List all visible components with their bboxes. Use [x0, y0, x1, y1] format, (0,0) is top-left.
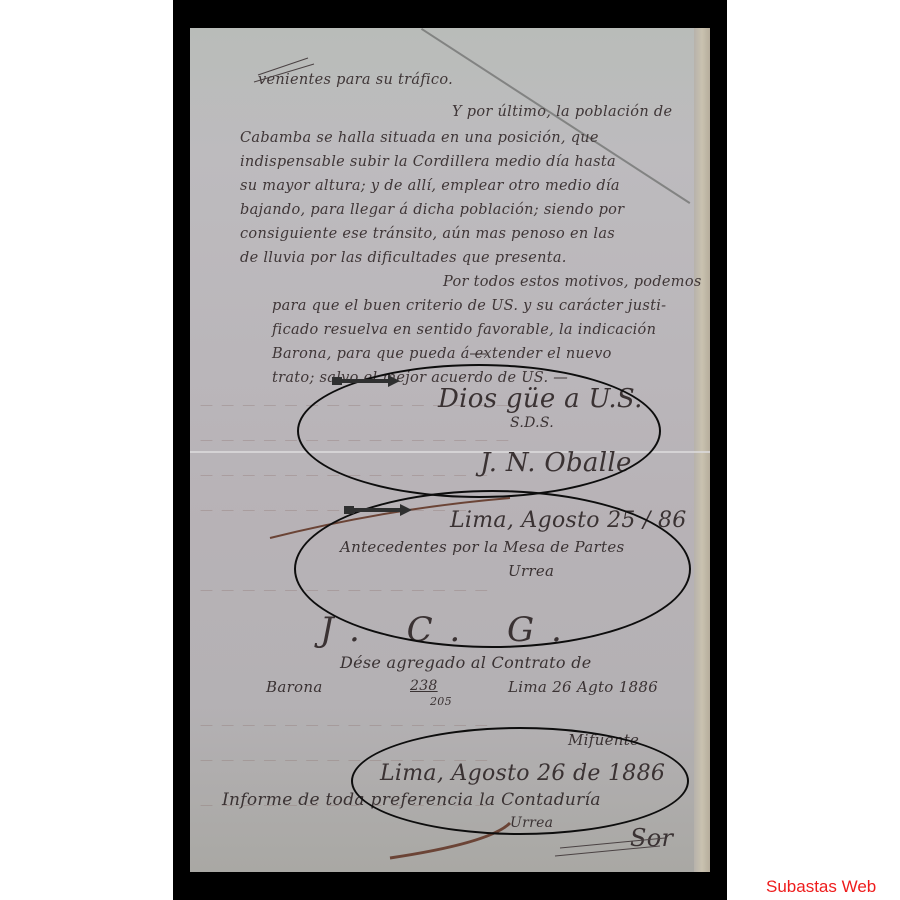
watermark-subastas-web: Subastas Web [766, 877, 876, 897]
right-arrow-icon [344, 503, 414, 517]
manuscript-page: — — — — — — — — — — — — — — — — — — — — … [190, 28, 710, 872]
highlight-oval-lima-date [351, 727, 689, 835]
right-arrow-icon [332, 374, 402, 388]
